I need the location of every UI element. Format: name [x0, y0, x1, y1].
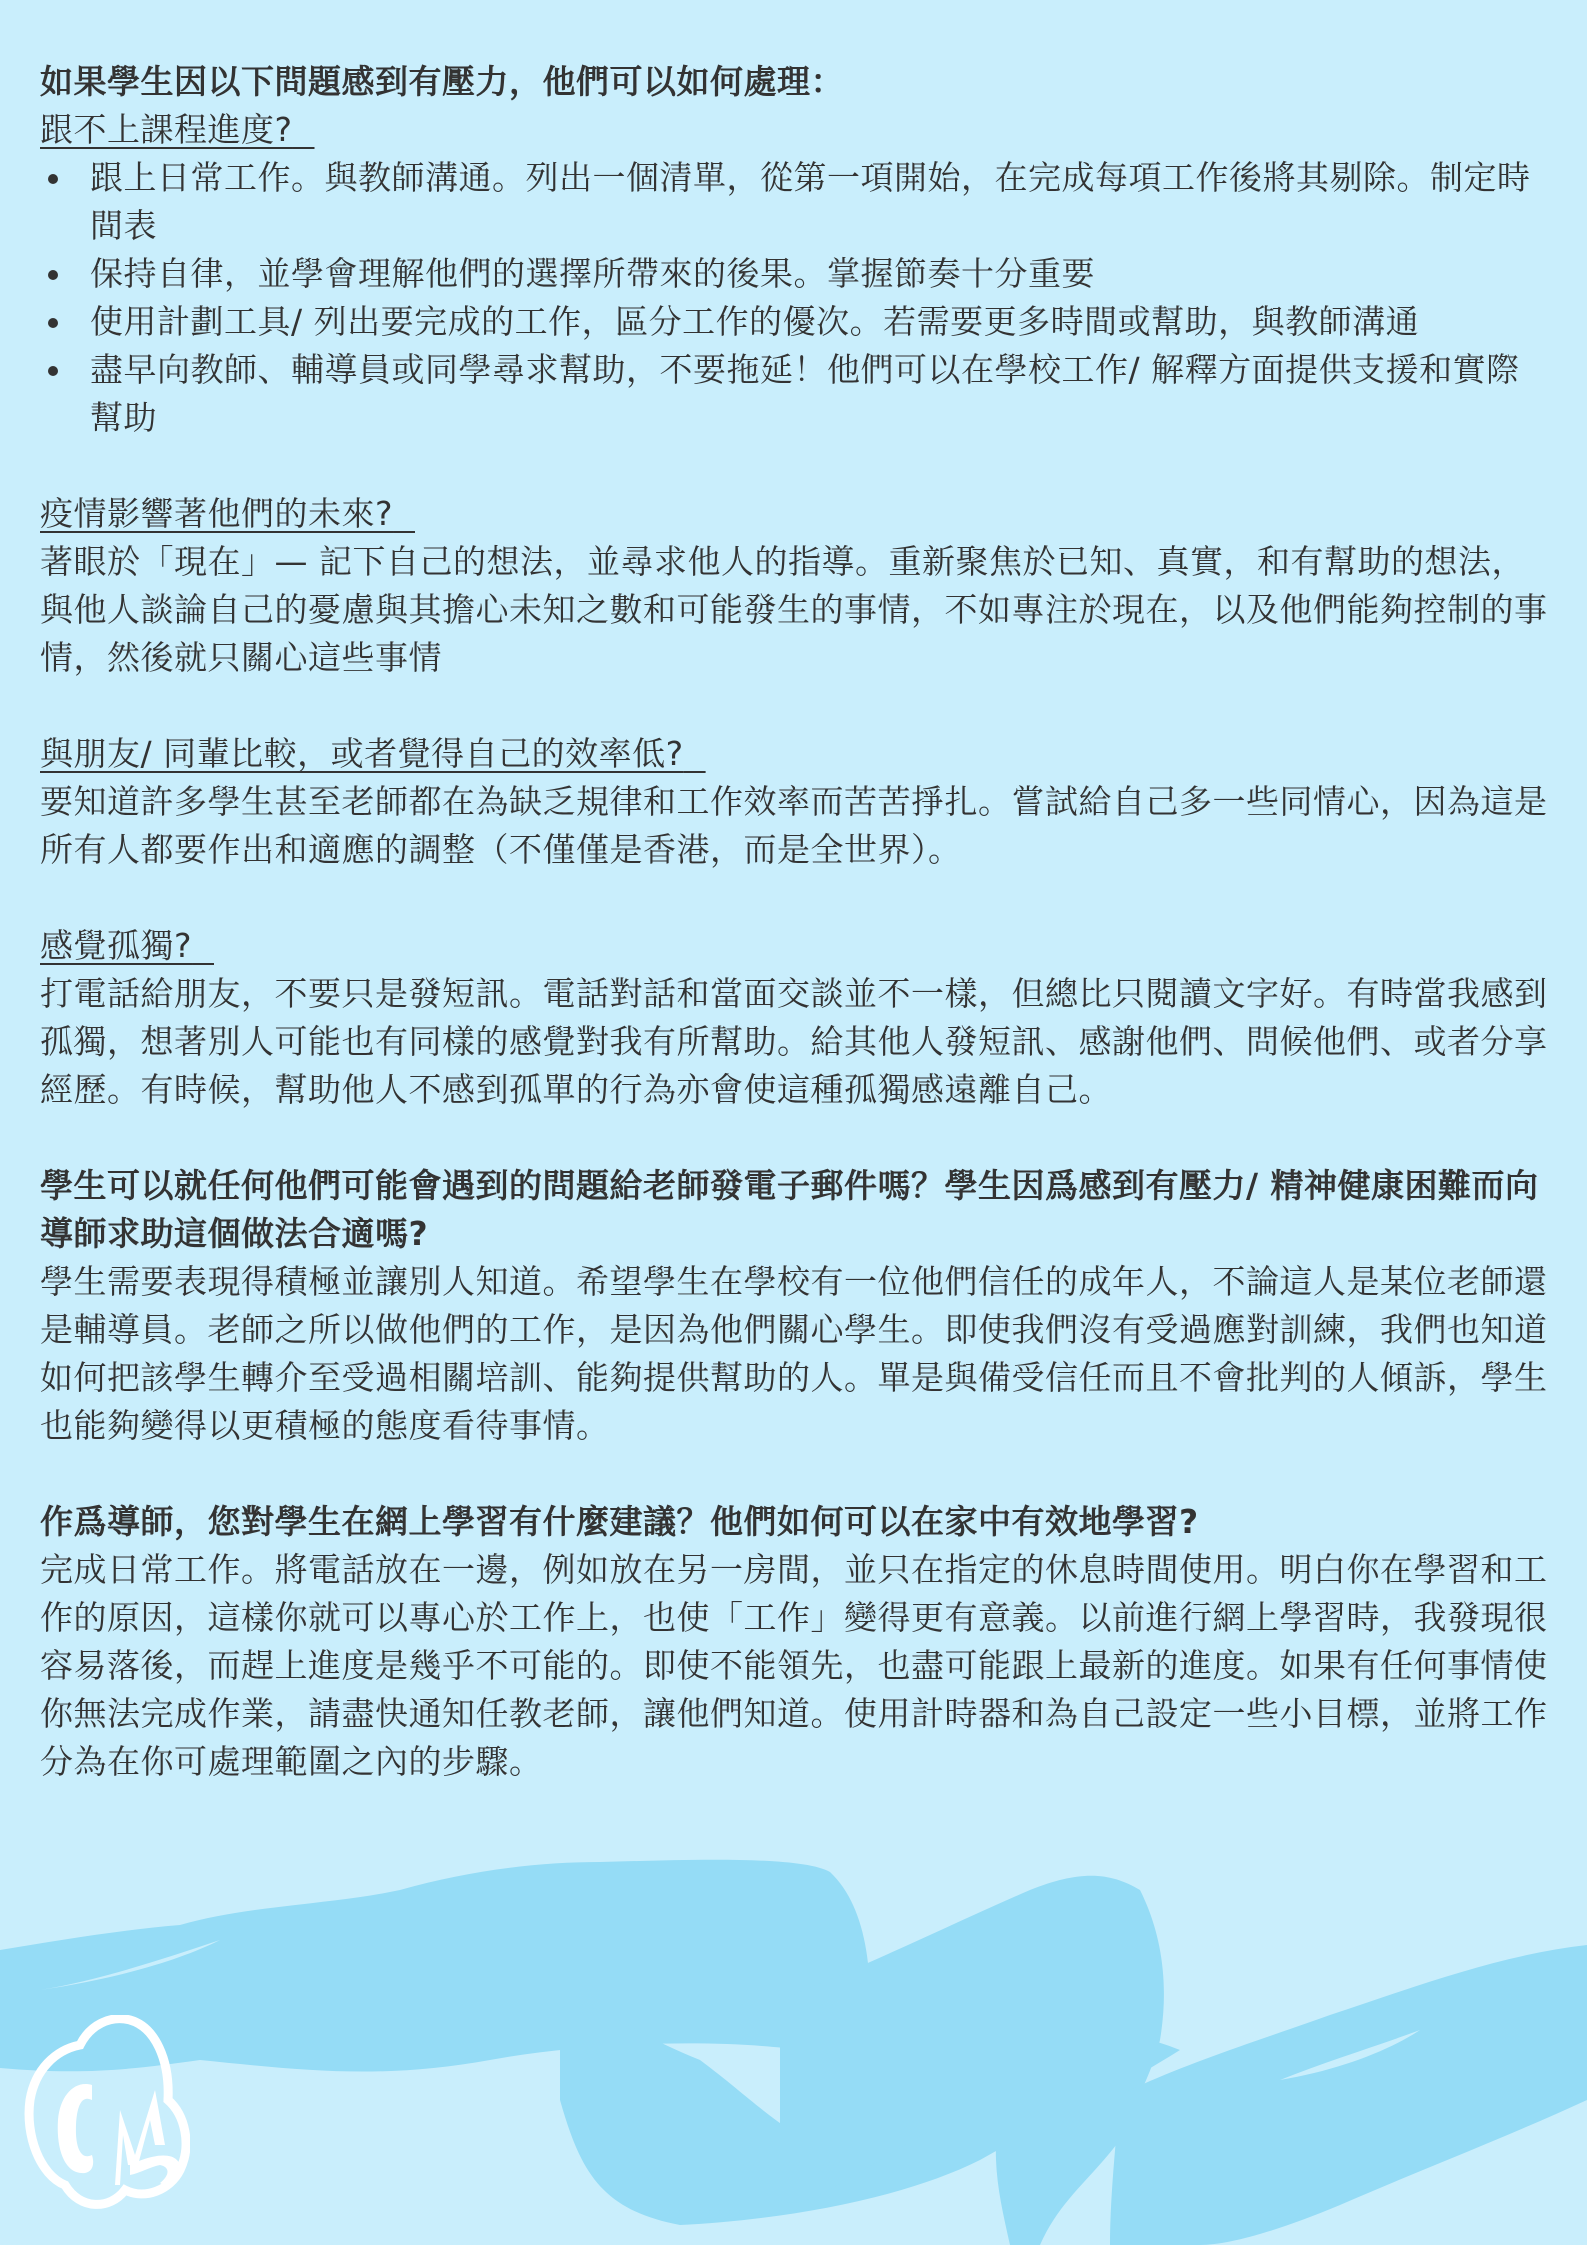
cms-cloud-logo-icon: [20, 2015, 190, 2215]
section-peer-comparison: 與朋友/ 同輩比較，或者覺得自己的效率低? 要知道許多學生甚至老師都在為缺乏規律…: [40, 730, 1550, 874]
section-title: 疫情影響著他們的未來?: [40, 490, 1550, 538]
bullet-item: 保持自律，並學會理解他們的選擇所帶來的後果。掌握節奏十分重要: [40, 250, 1550, 298]
bullet-item: 盡早向教師、輔導員或同學尋求幫助，不要拖延！他們可以在學校工作/ 解釋方面提供支…: [40, 346, 1550, 442]
section-pandemic-future: 疫情影響著他們的未來? 著眼於「現在」— 記下自己的想法，並尋求他人的指導。重新…: [40, 490, 1550, 682]
document-page: 如果學生因以下問題感到有壓力，他們可以如何處理： 跟不上課程進度? 跟上日常工作…: [40, 58, 1550, 1834]
qa-question: 作爲導師，您對學生在網上學習有什麼建議？他們如何可以在家中有效地學習?: [40, 1498, 1550, 1546]
section-title: 感覺孤獨?: [40, 922, 1550, 970]
section-body: 著眼於「現在」— 記下自己的想法，並尋求他人的指導。重新聚焦於已知、真實，和有幫…: [40, 538, 1550, 682]
qa-answer: 完成日常工作。將電話放在一邊，例如放在另一房間，並只在指定的休息時間使用。明白你…: [40, 1546, 1550, 1786]
section-body: 要知道許多學生甚至老師都在為缺乏規律和工作效率而苦苦掙扎。嘗試給自己多一些同情心…: [40, 778, 1550, 874]
bullet-list: 跟上日常工作。與教師溝通。列出一個清單，從第一項開始，在完成每項工作後將其剔除。…: [40, 154, 1550, 442]
brush-stroke-decoration: [0, 1850, 1587, 2245]
bullet-item: 使用計劃工具/ 列出要完成的工作，區分工作的優次。若需要更多時間或幫助，與教師溝…: [40, 298, 1550, 346]
section-title: 跟不上課程進度?: [40, 106, 1550, 154]
qa-answer: 學生需要表現得積極並讓別人知道。希望學生在學校有一位他們信任的成年人，不論這人是…: [40, 1258, 1550, 1450]
section-loneliness: 感覺孤獨? 打電話給朋友，不要只是發短訊。電話對話和當面交談並不一樣，但總比只閱…: [40, 922, 1550, 1114]
qa-email-teachers: 學生可以就任何他們可能會遇到的問題給老師發電子郵件嗎？學生因爲感到有壓力/ 精神…: [40, 1162, 1550, 1450]
qa-question: 學生可以就任何他們可能會遇到的問題給老師發電子郵件嗎？學生因爲感到有壓力/ 精神…: [40, 1162, 1550, 1258]
section-body: 打電話給朋友，不要只是發短訊。電話對話和當面交談並不一樣，但總比只閱讀文字好。有…: [40, 970, 1550, 1114]
intro-heading: 如果學生因以下問題感到有壓力，他們可以如何處理：: [40, 58, 1550, 106]
bullet-item: 跟上日常工作。與教師溝通。列出一個清單，從第一項開始，在完成每項工作後將其剔除。…: [40, 154, 1550, 250]
section-title: 與朋友/ 同輩比較，或者覺得自己的效率低?: [40, 730, 1550, 778]
qa-online-learning: 作爲導師，您對學生在網上學習有什麼建議？他們如何可以在家中有效地學習? 完成日常…: [40, 1498, 1550, 1786]
section-falling-behind: 跟不上課程進度? 跟上日常工作。與教師溝通。列出一個清單，從第一項開始，在完成每…: [40, 106, 1550, 442]
